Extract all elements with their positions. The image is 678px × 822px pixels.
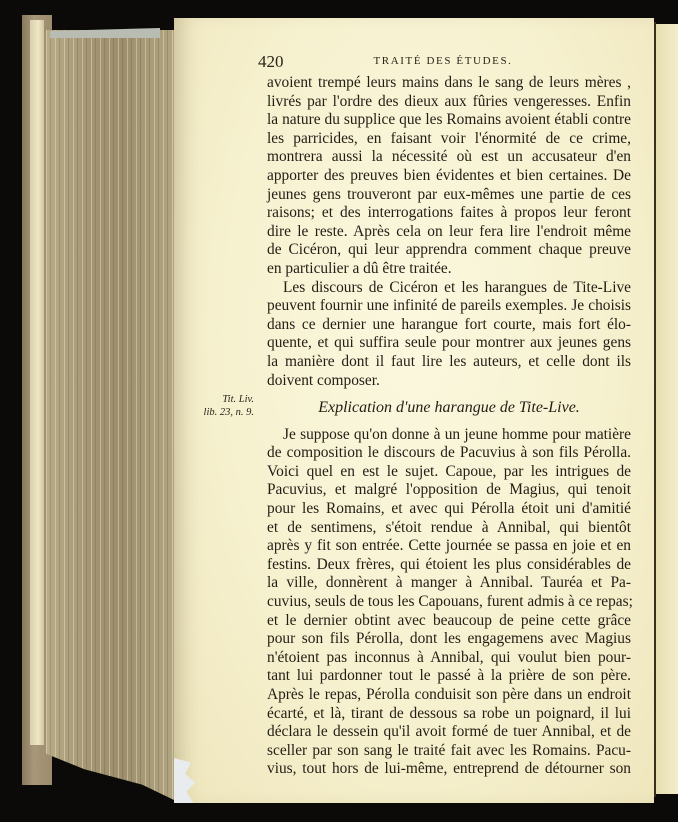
text-line: jeunes gens trouveront par eux-mêmes une… [267,186,631,205]
page-block-top [50,28,160,38]
text-line: quente, et qui suffira seule pour montre… [267,334,631,353]
text-line: de Cicéron, qui leur apprendra comment c… [267,241,631,260]
text-line: la manière dont il faut lire les auteurs… [267,353,631,372]
text-line: pour les Romains, et avec qui Pérolla ét… [267,500,631,519]
text-line: déclara le dessein qu'il avoit formé de … [267,723,631,742]
text-line: Pacuvius, et malgré l'opposition de Magi… [267,481,631,500]
margin-note-line: lib. 23, n. 9. [188,406,254,419]
running-title: TRAITÉ DES ÉTUDES. [258,55,628,67]
text-line: dire le reste. Après cela on leur fera l… [267,223,631,242]
text-line: livrés par l'ordre des dieux aux fûries … [267,93,631,112]
paragraph-2: Les discours de Cicéron et les harangues… [267,279,631,391]
body-text: avoient trempé leurs mains dans le sang … [267,74,631,779]
text-line: cuvius, seuls de tous les Capouans, fure… [267,593,631,612]
text-line: de composition le discours de Pacuvius à… [267,444,631,463]
text-line: après y fit son entrée. Cette journée se… [267,537,631,556]
cover-endpaper [30,20,44,745]
text-line: montrera aussi la nécessité où est un ac… [267,148,631,167]
text-line: en particulier a dû être traitée. [267,260,631,279]
text-line: Les discours de Cicéron et les harangues… [267,279,631,298]
text-line: dans ce dernier une harangue fort courte… [267,316,631,335]
text-line: doivent composer. [267,372,631,391]
text-line: festins. Deux frères, qui étoient les pl… [267,556,631,575]
book-scan: 420 TRAITÉ DES ÉTUDES. Tit. Liv. lib. 23… [0,0,678,822]
text-line: raisons; et des interrogations faites à … [267,204,631,223]
margin-note: Tit. Liv. lib. 23, n. 9. [188,393,254,419]
text-line: vius, tout hors de lui-même, entreprend … [267,760,631,779]
text-line: la nature du supplice que les Romains av… [267,111,631,130]
text-line: n'étoient pas inconnus à Annibal, qui vo… [267,649,631,668]
text-line: et le dernier obtint avec beaucoup de pe… [267,612,631,631]
page-block-edges [46,30,174,800]
text-line: Voici quel en est le sujet. Capoue, par … [267,463,631,482]
text-line: peuvent fournir une infinité de pareils … [267,297,631,316]
text-line: Je suppose qu'on donne à un jeune homme … [267,426,631,445]
text-line: avoient trempé leurs mains dans le sang … [267,74,631,93]
text-line: écarté, et là, tirant de dessous sa robe… [267,705,631,724]
paragraph-1: avoient trempé leurs mains dans le sang … [267,74,631,279]
text-line: la ville, donnèrent à manger à Annibal. … [267,574,631,593]
text-line: pour son fils Pérolla, dont les engageme… [267,630,631,649]
text-line: Après le repas, Pérolla conduisit son pè… [267,686,631,705]
paragraph-3: Je suppose qu'on donne à un jeune homme … [267,426,631,779]
facing-page [656,24,678,794]
text-line: apporter des preuves bien évidentes et b… [267,167,631,186]
text-line: les parricides, en faisant voir l'énormi… [267,130,631,149]
margin-note-line: Tit. Liv. [188,393,254,406]
text-line: tant lui pardonner tout le passé à la pr… [267,667,631,686]
text-line: et de sentimens, s'étoit rendue à Anniba… [267,519,631,538]
text-line: sceller par son sang le traité fait avec… [267,742,631,761]
section-heading: Explication d'une harangue de Tite-Live. [267,399,631,418]
